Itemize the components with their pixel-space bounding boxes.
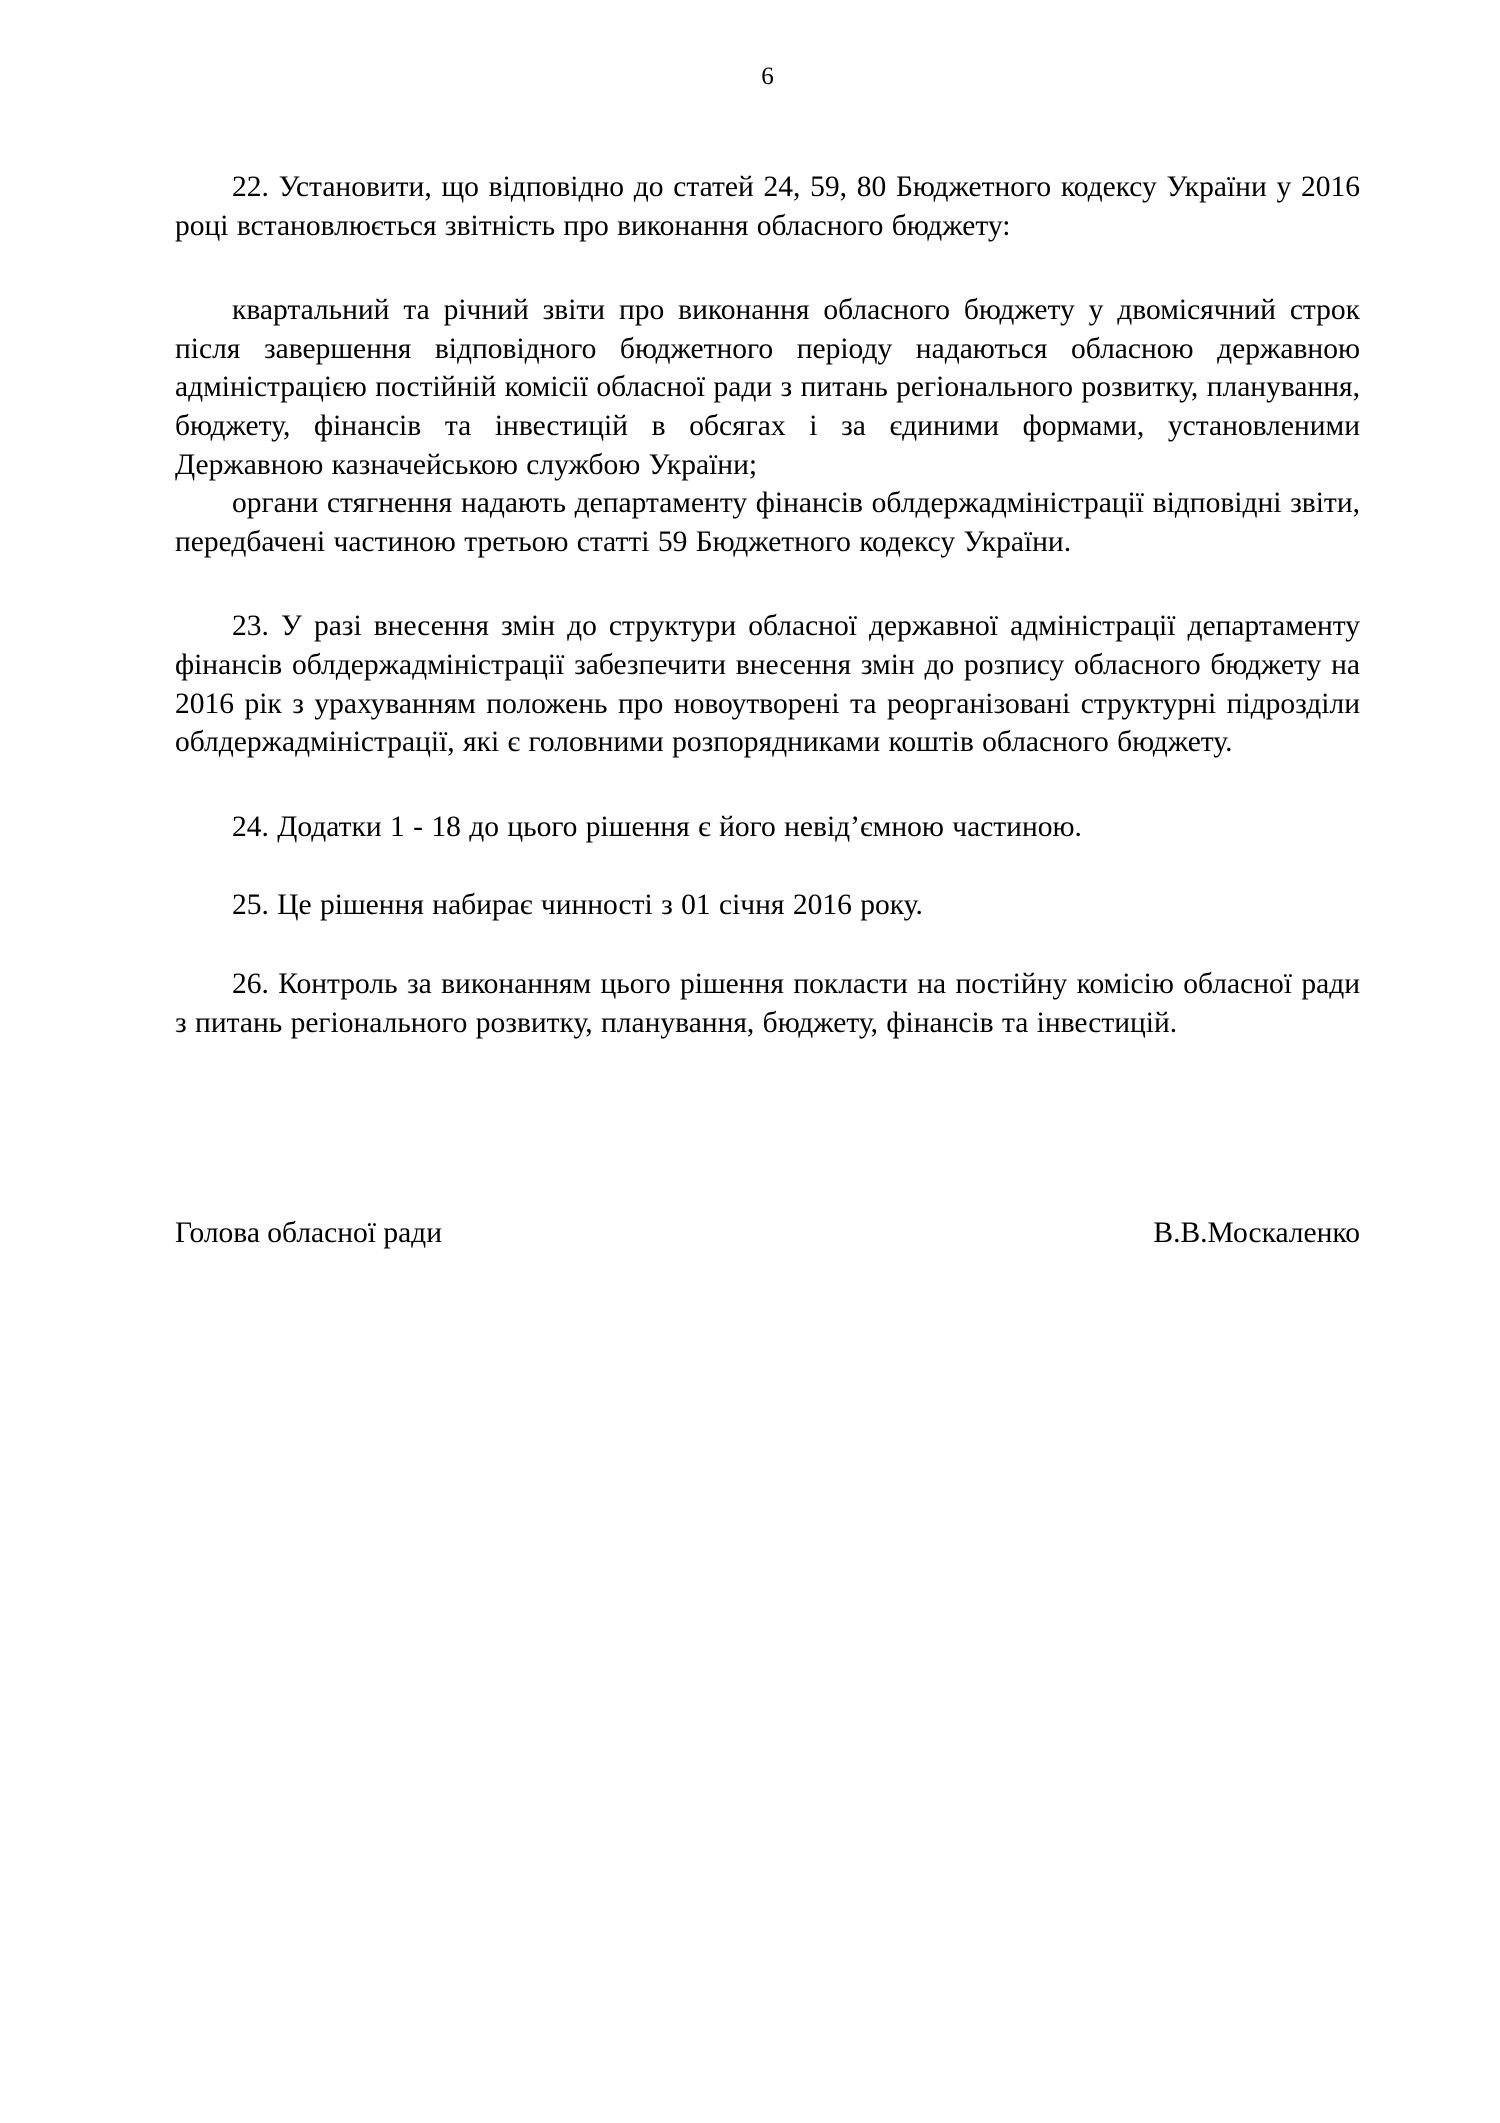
- paragraph-quarterly-annual-reports: квартальний та річний звіти про виконанн…: [175, 291, 1360, 484]
- paragraph-item-22: 22. Установити, що відповідно до статей …: [175, 168, 1360, 245]
- paragraph-item-25: 25. Це рішення набирає чинності з 01 січ…: [175, 886, 1360, 925]
- paragraph-collection-bodies-reports: органи стягнення надають департаменту фі…: [175, 484, 1360, 561]
- signature-title: Голова обласної ради: [175, 1214, 442, 1253]
- paragraph-item-23: 23. У разі внесення змін до структури об…: [175, 607, 1360, 761]
- signature-name: В.В.Москаленко: [1153, 1214, 1360, 1253]
- paragraph-item-26: 26. Контроль за виконанням цього рішення…: [175, 965, 1360, 1042]
- document-body: 22. Установити, що відповідно до статей …: [175, 168, 1360, 1253]
- paragraph-item-24: 24. Додатки 1 - 18 до цього рішення є йо…: [175, 808, 1360, 847]
- signature-row: Голова обласної ради В.В.Москаленко: [175, 1214, 1360, 1253]
- page-number: 6: [175, 62, 1360, 92]
- document-page: 6 22. Установити, що відповідно до стате…: [0, 0, 1500, 2123]
